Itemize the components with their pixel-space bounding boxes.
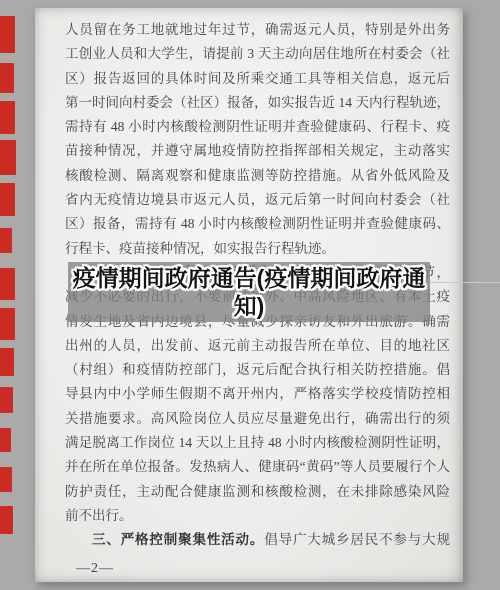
red-edge-mark: [0, 428, 11, 452]
document-line: 三、严格控制聚集性活动。倡导广大城乡居民不参与大规: [65, 528, 450, 552]
document-line: 导县内中小学师生假期不离开州内，严格落实学校疫情防控相: [65, 382, 450, 406]
document-line: 行程卡、疫苗接种情况，如实报告行程轨迹。: [65, 237, 450, 261]
screenshot-root: { "watermark": { "title": "疫情期间政府通告(疫情期间…: [0, 0, 500, 590]
title-watermark-overlay: 疫情期间政府通告(疫情期间政府通知): [68, 262, 430, 322]
red-edge-mark: [0, 467, 12, 492]
document-line: 出州的人员，出发前、返元前主动报告所在单位、目的地社区: [65, 334, 450, 358]
document-line: 核酸检测、隔离观察和健康监测等防控措施。从省外低风险及: [65, 164, 450, 188]
document-line: 苗接种情况，并遵守属地疫情防控指挥部相关规定，主动落实: [65, 139, 450, 163]
document-line: 省内无疫情边境县市返元人员，返元后第一时间向村委会（社: [65, 188, 450, 212]
watermark-title: 疫情期间政府通告(疫情期间政府通知): [68, 264, 430, 320]
red-edge-mark: [0, 228, 12, 253]
divider-line: [430, 282, 500, 283]
document-line: 区）报告返回的具体时间及所乘交通工具等相关信息，返元后: [65, 67, 450, 91]
red-edge-mark: [0, 101, 15, 134]
document-line: 需持有 48 小时内核酸检测阴性证明并查验健康码、行程卡、疫: [65, 115, 450, 139]
red-edge-mark: [0, 16, 15, 53]
document-line: 区）报备，需持有 48 小时内核酸检测阴性证明并查验健康码、: [65, 212, 450, 236]
page-number: —2—: [76, 561, 114, 577]
section-heading: 三、严格控制聚集性活动。: [92, 532, 264, 547]
document-line: 并在所在单位报备。发热病人、健康码“黄码”等人员要履行个人: [65, 455, 450, 479]
document-line: 前不出行。: [65, 504, 450, 528]
red-edge-mark: [0, 183, 15, 216]
document-line: 防护责任，主动配合健康监测和核酸检测，在未排除感染风险: [65, 480, 450, 504]
line-text: 倡导广大城乡居民不参与大规: [264, 532, 450, 547]
document-line: 人员留在务工地就地过年过节，确需返元人员，特别是外出务: [65, 18, 450, 42]
document-line: 第一时间向村委会（社区）报备，如实报告近 14 天内行程轨迹，: [65, 91, 450, 115]
document-line: 工创业人员和大学生，请提前 3 天主动向居住地所在村委会（社: [65, 42, 450, 66]
document-line: 关措施要求。高风险岗位人员应尽量避免出行，确需出行的须: [65, 407, 450, 431]
red-edge-mark: [0, 63, 14, 93]
red-edge-mark: [0, 140, 16, 175]
document-line: 满足脱离工作岗位 14 天以上且持 48 小时内核酸检测阴性证明，: [65, 431, 450, 455]
red-edge-mark: [0, 506, 13, 534]
red-edge-mark: [0, 268, 15, 300]
red-edge-mark: [0, 387, 13, 413]
red-edge-mark: [0, 308, 15, 340]
red-edge-mark: [0, 348, 14, 376]
document-line: （村组）和疫情防控部门，返元后配合执行相关防控措施。倡: [65, 358, 450, 382]
